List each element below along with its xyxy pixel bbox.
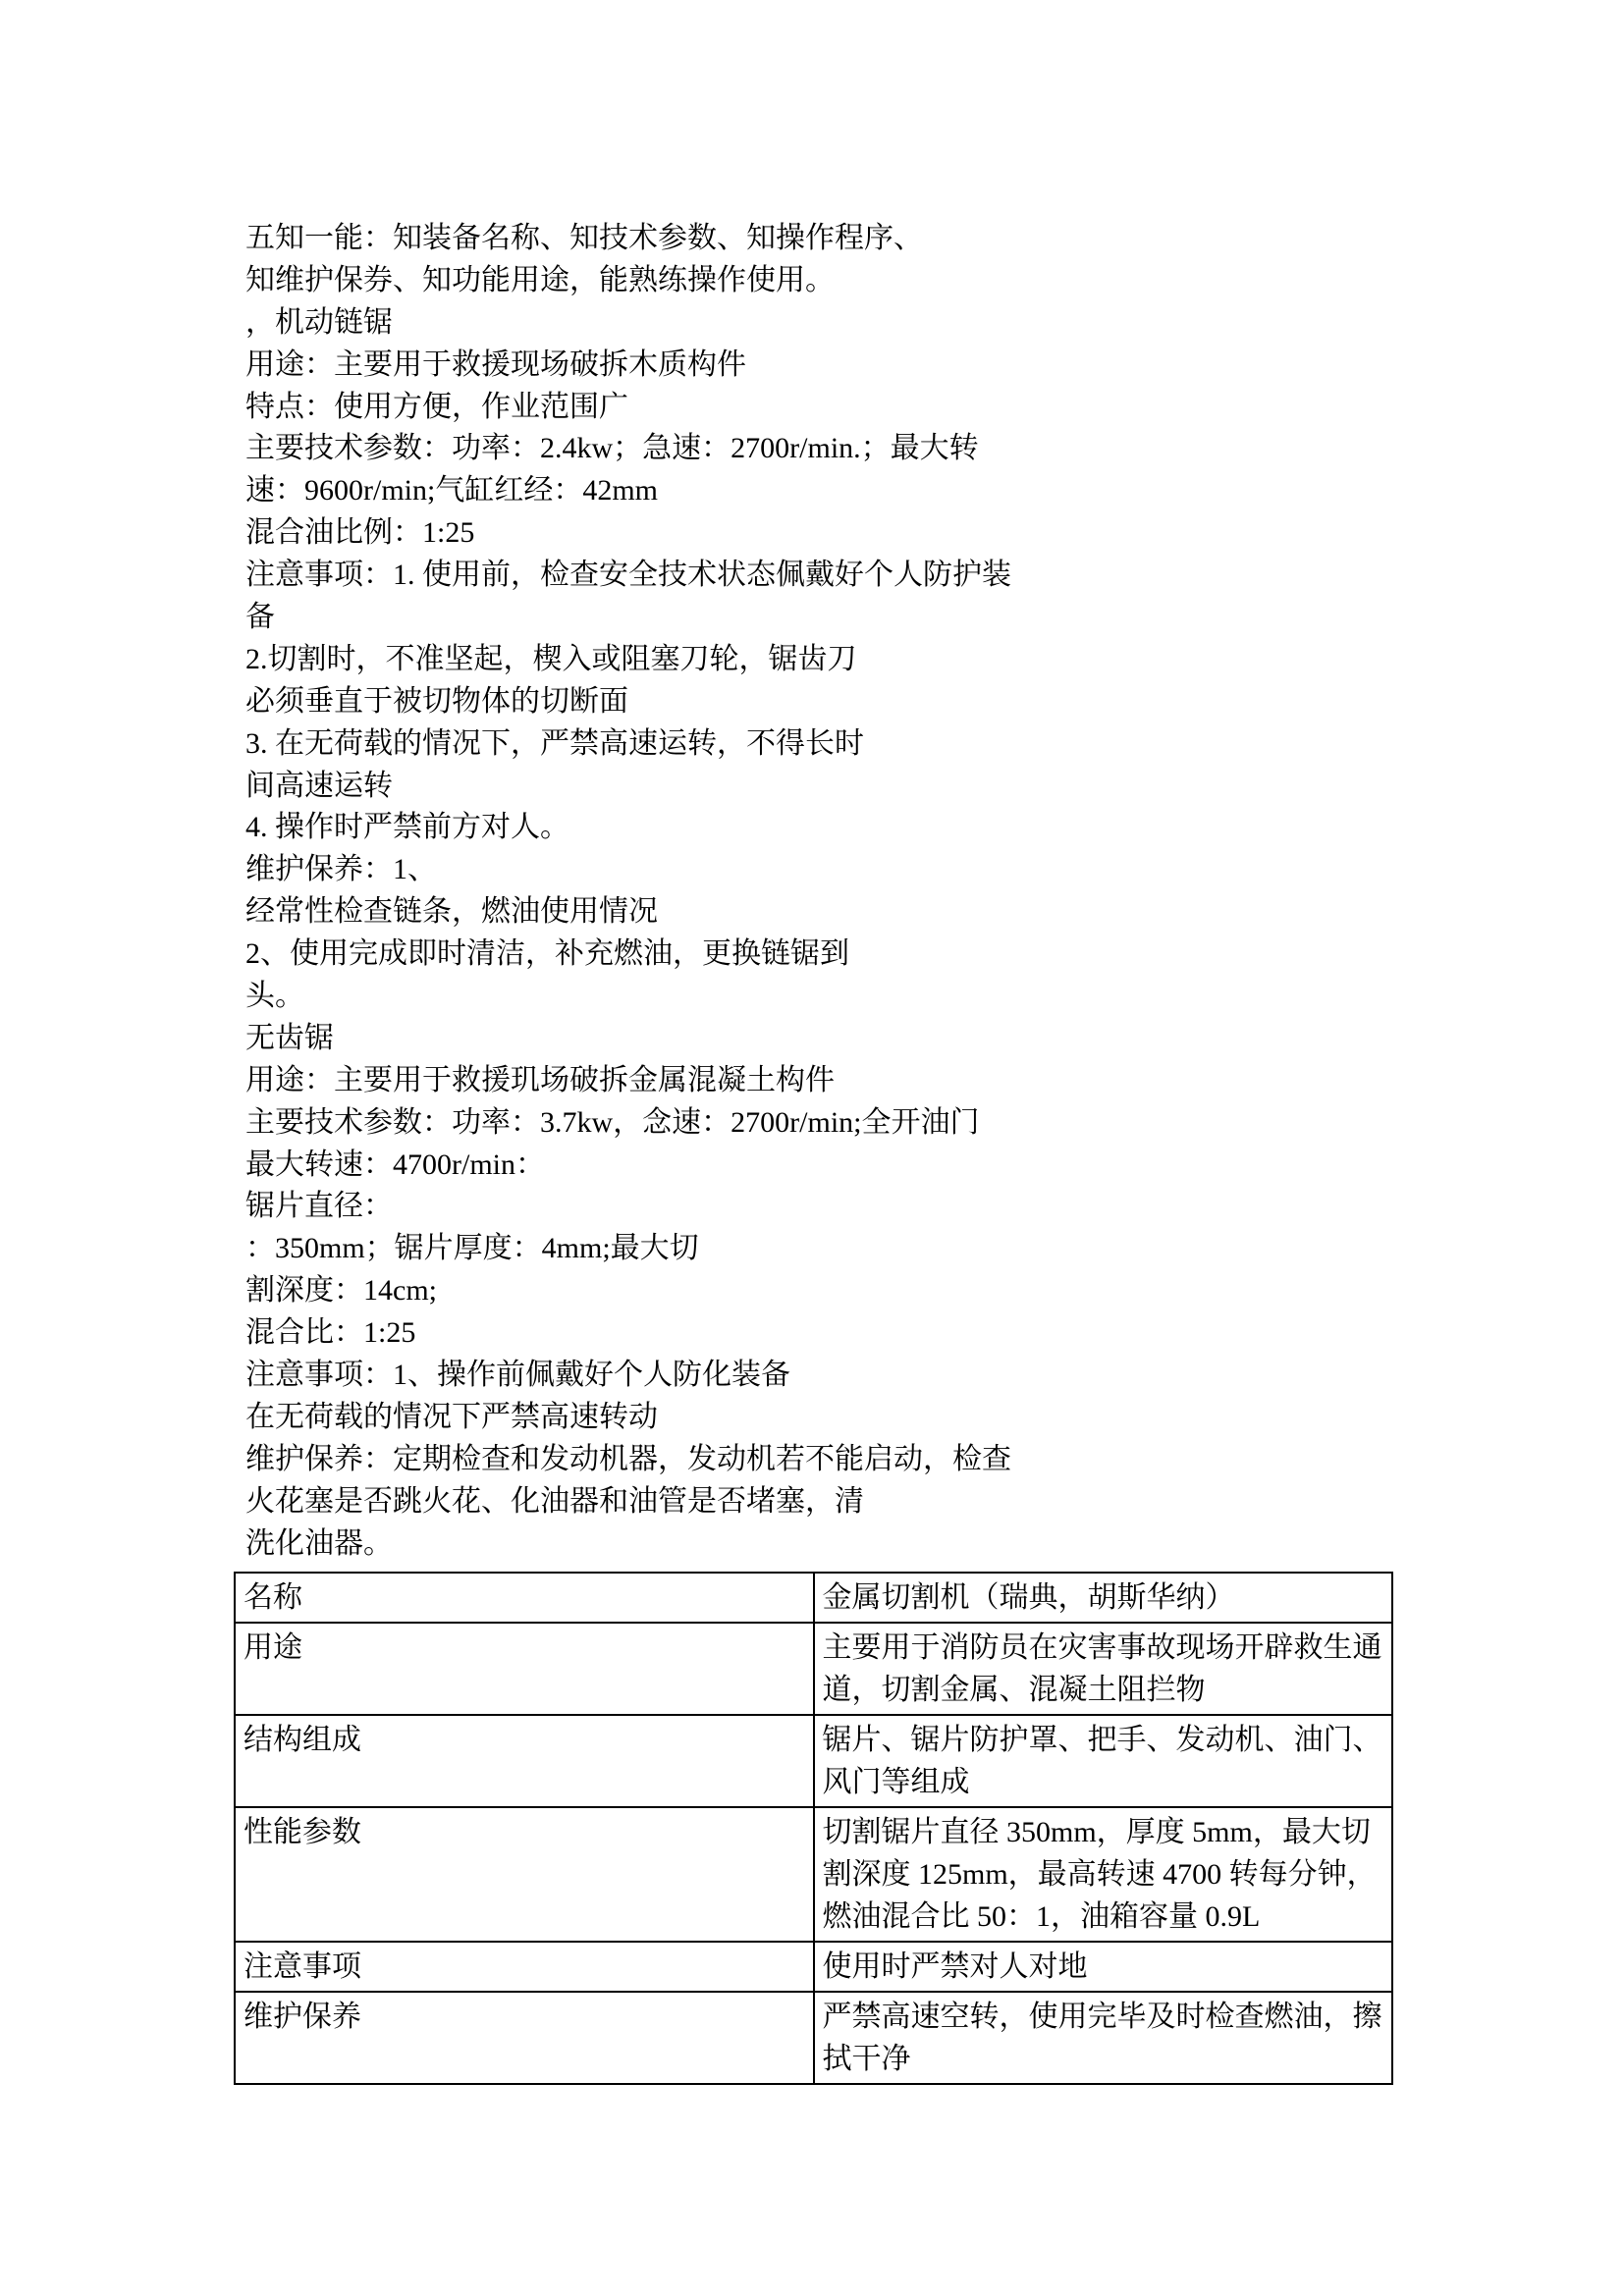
row-value: 主要用于消防员在灾害事故现场开辟救生通道，切割金属、混凝土阻拦物 — [814, 1623, 1393, 1715]
text-line: 火花塞是否跳火花、化油器和油管是否堵塞，清 — [245, 1481, 1434, 1523]
table-row-name: 名称 金属切割机（瑞典，胡斯华纳） — [235, 1573, 1392, 1623]
text-line: 2、使用完成即时清洁，补充燃油，更换链锯到 — [245, 934, 1434, 976]
text-line: 间高速运转 — [245, 766, 1434, 808]
text-line: 用途：主要用于救援玑场破拆金属混凝土构件 — [245, 1060, 1434, 1102]
text-line: 知维护保券、知功能用途，能熟练操作使用。 — [245, 260, 1434, 302]
text-line: 经常性检查链条，燃油使用情况 — [245, 891, 1434, 934]
text-line: 头。 — [245, 976, 1434, 1018]
text-line: 五知一能：知装备名称、知技术参数、知操作程序、 — [245, 218, 1434, 260]
text-line: 备 — [245, 597, 1434, 639]
row-value: 锯片、锯片防护罩、把手、发动机、油门、风门等组成 — [814, 1715, 1393, 1807]
row-label: 性能参数 — [235, 1807, 814, 1942]
text-line: 主要技术参数：功率：3.7kw，念速：2700r/min;全开油门 — [245, 1102, 1434, 1145]
text-line: 3. 在无荷载的情况下，严禁高速运转，不得长时 — [245, 723, 1434, 766]
row-label: 用途 — [235, 1623, 814, 1715]
equipment-spec-table-body: 名称 金属切割机（瑞典，胡斯华纳） 用途 主要用于消防员在灾害事故现场开辟救生通… — [235, 1573, 1392, 2084]
table-row-structure: 结构组成 锯片、锯片防护罩、把手、发动机、油门、风门等组成 — [235, 1715, 1392, 1807]
text-line: 速：9600r/min;气缸红经：42mm — [245, 470, 1434, 512]
document-page: 五知一能：知装备名称、知技术参数、知操作程序、 知维护保券、知功能用途，能熟练操… — [0, 0, 1624, 2296]
text-line: 混合油比例：1:25 — [245, 512, 1434, 555]
table-row-precautions: 注意事项 使用时严禁对人对地 — [235, 1942, 1392, 1992]
text-line: 无齿锯 — [245, 1018, 1434, 1060]
row-value: 使用时严禁对人对地 — [814, 1942, 1393, 1992]
text-line: 维护保养：1、 — [245, 849, 1434, 891]
table-row-performance: 性能参数 切割锯片直径 350mm，厚度 5mm，最大切割深度 125mm，最高… — [235, 1807, 1392, 1942]
body-text: 五知一能：知装备名称、知技术参数、知操作程序、 知维护保券、知功能用途，能熟练操… — [245, 218, 1434, 1566]
text-line: 特点：使用方便，作业范围广 — [245, 387, 1434, 429]
text-line: 必须垂直于被切物体的切断面 — [245, 681, 1434, 723]
text-line: 锯片直径： — [245, 1186, 1434, 1228]
text-line: ，机动链锯 — [245, 302, 1434, 345]
text-line: 4. 操作时严禁前方对人。 — [245, 807, 1434, 849]
table-row-maintenance: 维护保养 严禁高速空转，使用完毕及时检查燃油，擦拭干净 — [235, 1992, 1392, 2084]
table-row-purpose: 用途 主要用于消防员在灾害事故现场开辟救生通道，切割金属、混凝土阻拦物 — [235, 1623, 1392, 1715]
text-line: 注意事项：1. 使用前，检查安全技术状态佩戴好个人防护装 — [245, 555, 1434, 597]
row-label: 维护保养 — [235, 1992, 814, 2084]
row-label: 结构组成 — [235, 1715, 814, 1807]
equipment-spec-table: 名称 金属切割机（瑞典，胡斯华纳） 用途 主要用于消防员在灾害事故现场开辟救生通… — [234, 1572, 1393, 2085]
row-label: 注意事项 — [235, 1942, 814, 1992]
row-value: 严禁高速空转，使用完毕及时检查燃油，擦拭干净 — [814, 1992, 1393, 2084]
text-line: 割深度：14cm; — [245, 1270, 1434, 1312]
row-value: 切割锯片直径 350mm，厚度 5mm，最大切割深度 125mm，最高转速 47… — [814, 1807, 1393, 1942]
text-line: 主要技术参数：功率：2.4kw；急速：2700r/min.；最大转 — [245, 428, 1434, 470]
text-line: ：350mm；锯片厚度：4mm;最大切 — [245, 1228, 1434, 1270]
text-line: 用途：主要用于救援现场破拆木质构件 — [245, 345, 1434, 387]
text-line: 洗化油器。 — [245, 1523, 1434, 1566]
row-label: 名称 — [235, 1573, 814, 1623]
text-line: 最大转速：4700r/min： — [245, 1145, 1434, 1187]
text-line: 维护保养：定期检查和发动机器，发动机若不能启动，检查 — [245, 1439, 1434, 1481]
text-line: 注意事项：1、操作前佩戴好个人防化装备 — [245, 1355, 1434, 1397]
text-line: 在无荷载的情况下严禁高速转动 — [245, 1397, 1434, 1439]
text-line: 混合比：1:25 — [245, 1312, 1434, 1355]
text-line: 2.切割时，不准坚起，楔入或阻塞刀轮，锯齿刀 — [245, 639, 1434, 681]
row-value: 金属切割机（瑞典，胡斯华纳） — [814, 1573, 1393, 1623]
